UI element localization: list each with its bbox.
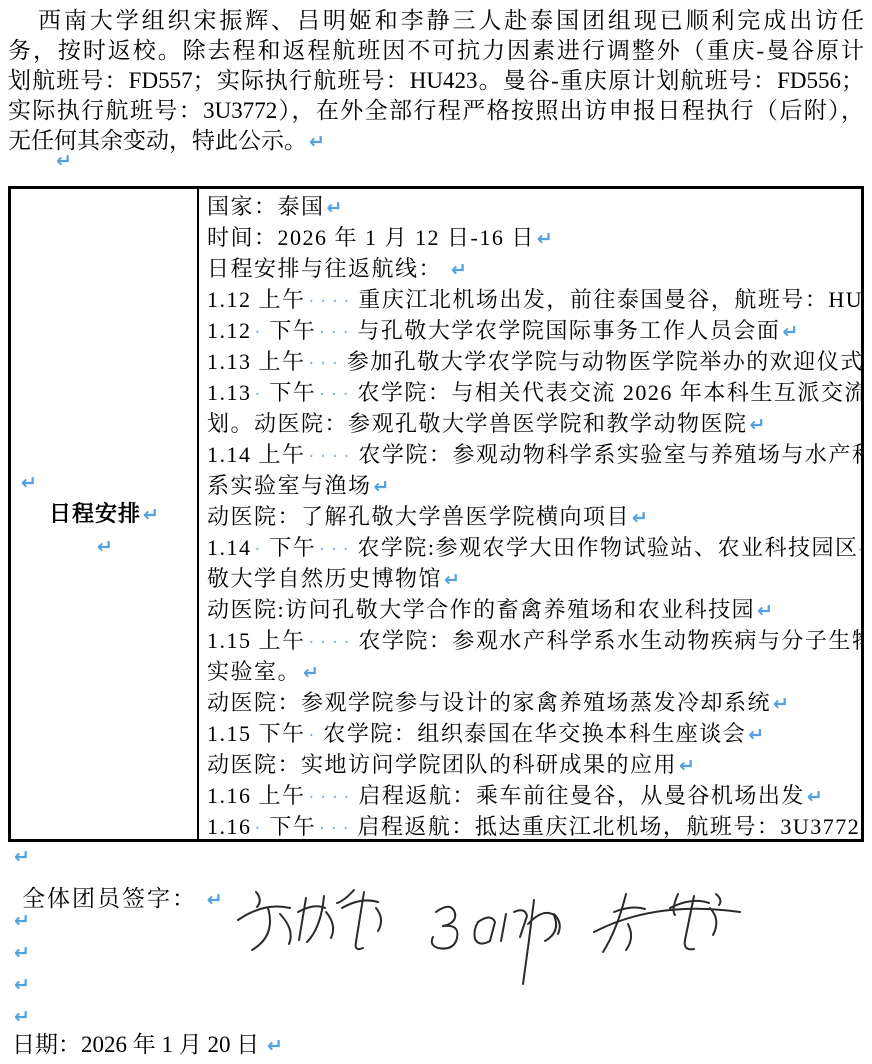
paragraph-mark-icon: ↵	[54, 152, 72, 171]
date-line: 日期：2026 年 1 月 20 日 ↵	[12, 1026, 283, 1059]
schedule-text: 敬大学自然历史博物馆	[207, 566, 442, 591]
signature-li-jing: 李静	[594, 894, 740, 952]
intro-line: 无任何其余变动，特此公示。↵	[8, 126, 864, 156]
space-dots: ····	[306, 291, 359, 312]
schedule-text: 国家：泰国	[207, 194, 325, 219]
paragraph-mark-icon: ↵	[630, 507, 649, 529]
paragraph-mark-icon: ↵	[19, 472, 37, 494]
schedule-text: 下午	[269, 814, 316, 839]
schedule-text: 1.14 上午	[207, 442, 306, 467]
space-dots: ···	[316, 539, 357, 560]
paragraph-mark-icon: ↵	[12, 976, 30, 995]
schedule-text: 1.16 上午	[207, 783, 306, 808]
schedule-text: 1.12	[207, 318, 252, 343]
paragraph-mark-icon: ↵	[301, 662, 320, 684]
paragraph-mark-icon: ↵	[805, 786, 824, 808]
schedule-text: 动医院：参观学院参与设计的家禽养殖场蒸发冷却系统	[207, 690, 771, 715]
paragraph-mark-icon: ↵	[95, 536, 113, 558]
paragraph-mark-icon: ↵	[372, 476, 391, 498]
space-dots: ·	[252, 818, 270, 839]
schedule-line: 动医院：了解孔敬大学兽医学院横向项目↵	[207, 501, 861, 532]
schedule-table: ↵ 日程安排↵ ↵ 国家：泰国↵时间：2026 年 1 月 12 日-16 日↵…	[8, 186, 864, 842]
signature-lv-mingji: 吕明姬	[432, 900, 560, 984]
schedule-text: 1.16	[207, 814, 252, 839]
paragraph-mark-icon: ↵	[265, 1035, 283, 1057]
schedule-text: 启程返航：乘车前往曼谷，从曼谷机场出发	[358, 783, 805, 808]
schedule-line: 实验室。↵	[207, 656, 861, 687]
schedule-line: 划。动医院：参观孔敬大学兽医学院和教学动物医院↵	[207, 408, 861, 439]
schedule-text: 1.13 上午	[207, 349, 306, 374]
sign-label: 全体团员签字：	[22, 886, 197, 911]
schedule-text: 时间：2026 年 1 月 12 日-16 日	[207, 225, 535, 250]
paragraph-mark-icon: ↵	[12, 944, 30, 963]
schedule-text: 启程返航：抵达重庆江北机场，航班号：3U3772	[357, 814, 860, 839]
paragraph-mark-icon: ↵	[677, 755, 696, 777]
schedule-line: 敬大学自然历史博物馆↵	[207, 563, 861, 594]
signatures-area: 宋振辉 吕明姬 李静	[222, 866, 782, 1016]
intro-line: 务，按时返校。除去程和返程航班因不可抗力因素进行调整外（重庆-曼谷原计	[8, 36, 864, 66]
schedule-line: 系实验室与渔场↵	[207, 470, 861, 501]
space-dots: ····	[306, 632, 359, 653]
space-dots: ·	[252, 384, 270, 405]
schedule-line: 动医院:访问孔敬大学合作的畜禽养殖场和农业科技园↵	[207, 594, 861, 625]
schedule-line: 1.12·下午···与孔敬大学农学院国际事务工作人员会面↵	[207, 315, 861, 346]
schedule-line: 1.15 上午····农学院：参观水产科学系水生动物疾病与分子生物学	[207, 625, 861, 656]
paragraph-mark-icon: ↵	[771, 693, 790, 715]
space-dots: ·	[306, 725, 324, 746]
schedule-text: 1.14	[207, 535, 252, 560]
schedule-line: 1.16 上午····启程返航：乘车前往曼谷，从曼谷机场出发↵	[207, 780, 861, 811]
paragraph-mark-icon: ↵	[442, 569, 461, 591]
schedule-line: 1.15 下午·农学院：组织泰国在华交换本科生座谈会↵	[207, 718, 861, 749]
paragraph-mark-icon: ↵	[746, 724, 765, 746]
schedule-line: 动医院：参观学院参与设计的家禽养殖场蒸发冷却系统↵	[207, 687, 861, 718]
schedule-line: 动医院：实地访问学院团队的科研成果的应用↵	[207, 749, 861, 780]
paragraph-mark-icon: ↵	[141, 504, 159, 526]
schedule-text: 系实验室与渔场	[207, 473, 372, 498]
schedule-text: 农学院：组织泰国在华交换本科生座谈会	[323, 721, 746, 746]
paragraph-mark-icon: ↵	[307, 131, 325, 153]
intro-line: 西南大学组织宋振辉、吕明姬和李静三人赴泰国团组现已顺利完成出访任	[8, 6, 864, 36]
date-text: 日期：2026 年 1 月 20 日	[12, 1032, 259, 1057]
schedule-text: 1.12 上午	[207, 287, 306, 312]
paragraph-mark-icon: ↵	[860, 817, 861, 839]
schedule-text: 1.15 下午	[207, 721, 306, 746]
schedule-text: 动医院：了解孔敬大学兽医学院横向项目	[207, 504, 630, 529]
schedule-text: 重庆江北机场出发，前往泰国曼谷，航班号：HU423	[358, 287, 861, 312]
schedule-line: 1.14 上午····农学院：参观动物科学系实验室与养殖场与水产科学	[207, 439, 861, 470]
schedule-line: 1.13·下午···农学院：与相关代表交流 2026 年本科生互派交流计	[207, 377, 861, 408]
schedule-text: 下午	[269, 318, 316, 343]
schedule-line: 1.14·下午···农学院:参观农学大田作物试验站、农业科技园区与孔↵	[207, 532, 861, 563]
signature-song-zhenhui: 宋振辉	[238, 890, 381, 950]
schedule-text: 动医院:访问孔敬大学合作的畜禽养殖场和农业科技园	[207, 597, 755, 622]
schedule-line: 1.12 上午····重庆江北机场出发，前往泰国曼谷，航班号：HU423↵	[207, 284, 861, 315]
intro-line: 划航班号：FD557；实际执行航班号：HU423。曼谷-重庆原计划航班号：FD5…	[8, 66, 864, 96]
space-dots: ·	[252, 322, 270, 343]
paragraph-mark-icon: ↵	[748, 414, 767, 436]
schedule-text: 参加孔敬大学农学院与动物医学院举办的欢迎仪式	[347, 349, 861, 374]
schedule-line: 国家：泰国↵	[207, 191, 861, 222]
paragraph-mark-icon: ↵	[535, 228, 554, 250]
schedule-line: 1.16·下午···启程返航：抵达重庆江北机场，航班号：3U3772↵	[207, 811, 861, 839]
schedule-text: 农学院:参观农学大田作物试验站、农业科技园区与孔	[357, 535, 861, 560]
intro-paragraph: 西南大学组织宋振辉、吕明姬和李静三人赴泰国团组现已顺利完成出访任务，按时返校。除…	[8, 6, 864, 156]
paragraph-mark-icon: ↵	[12, 1008, 30, 1027]
paragraph-mark-icon: ↵	[12, 848, 30, 867]
schedule-text: 1.15 上午	[207, 628, 306, 653]
schedule-text: 与孔敬大学农学院国际事务工作人员会面	[357, 318, 780, 343]
schedule-text: 下午	[269, 380, 316, 405]
schedule-text: 日程安排与往返航线：	[207, 256, 449, 281]
schedule-label: 日程安排	[49, 501, 141, 526]
table-cell-schedule-details: 国家：泰国↵时间：2026 年 1 月 12 日-16 日↵日程安排与往返航线：…	[199, 189, 861, 839]
schedule-line: 1.13 上午···参加孔敬大学农学院与动物医学院举办的欢迎仪式↵	[207, 346, 861, 377]
schedule-text: 实验室。	[207, 659, 301, 684]
space-dots: ·	[252, 539, 270, 560]
space-dots: ····	[306, 787, 359, 808]
space-dots: ····	[306, 446, 359, 467]
space-dots: ···	[306, 353, 347, 374]
schedule-text: 农学院：参观动物科学系实验室与养殖场与水产科学	[358, 442, 861, 467]
schedule-text: 农学院：参观水产科学系水生动物疾病与分子生物学	[358, 628, 861, 653]
intro-line: 实际执行航班号：3U3772），在外全部行程严格按照出访申报日程执行（后附），	[8, 96, 864, 126]
space-dots: ···	[316, 384, 357, 405]
schedule-text: 动医院：实地访问学院团队的科研成果的应用	[207, 752, 677, 777]
paragraph-mark-icon: ↵	[325, 197, 344, 219]
schedule-lines: 国家：泰国↵时间：2026 年 1 月 12 日-16 日↵日程安排与往返航线：…	[207, 191, 861, 839]
schedule-text: 1.13	[207, 380, 252, 405]
sign-label-line: 全体团员签字： ↵	[22, 880, 225, 913]
space-dots: ···	[316, 322, 357, 343]
schedule-line: 日程安排与往返航线： ↵	[207, 253, 861, 284]
table-cell-schedule-label: ↵ 日程安排↵ ↵	[11, 189, 199, 839]
schedule-text: 下午	[269, 535, 316, 560]
paragraph-mark-icon: ↵	[449, 259, 468, 281]
paragraph-mark-icon: ↵	[12, 912, 30, 931]
paragraph-mark-icon: ↵	[780, 321, 799, 343]
schedule-line: 时间：2026 年 1 月 12 日-16 日↵	[207, 222, 861, 253]
paragraph-mark-icon: ↵	[755, 600, 774, 622]
space-dots: ···	[316, 818, 357, 839]
schedule-text: 划。动医院：参观孔敬大学兽医学院和教学动物医院	[207, 411, 748, 436]
schedule-text: 农学院：与相关代表交流 2026 年本科生互派交流计	[357, 380, 861, 405]
